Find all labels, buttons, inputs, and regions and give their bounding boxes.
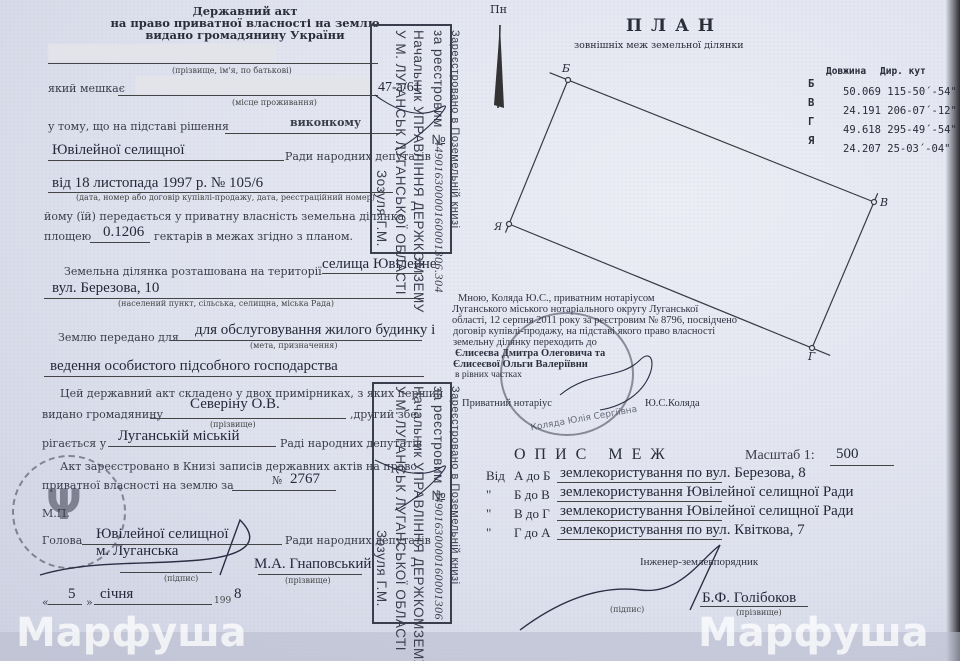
signatures: [0, 0, 960, 661]
watermark-left: Марфуша: [16, 610, 247, 656]
watermark-right: Марфуша: [698, 610, 929, 656]
